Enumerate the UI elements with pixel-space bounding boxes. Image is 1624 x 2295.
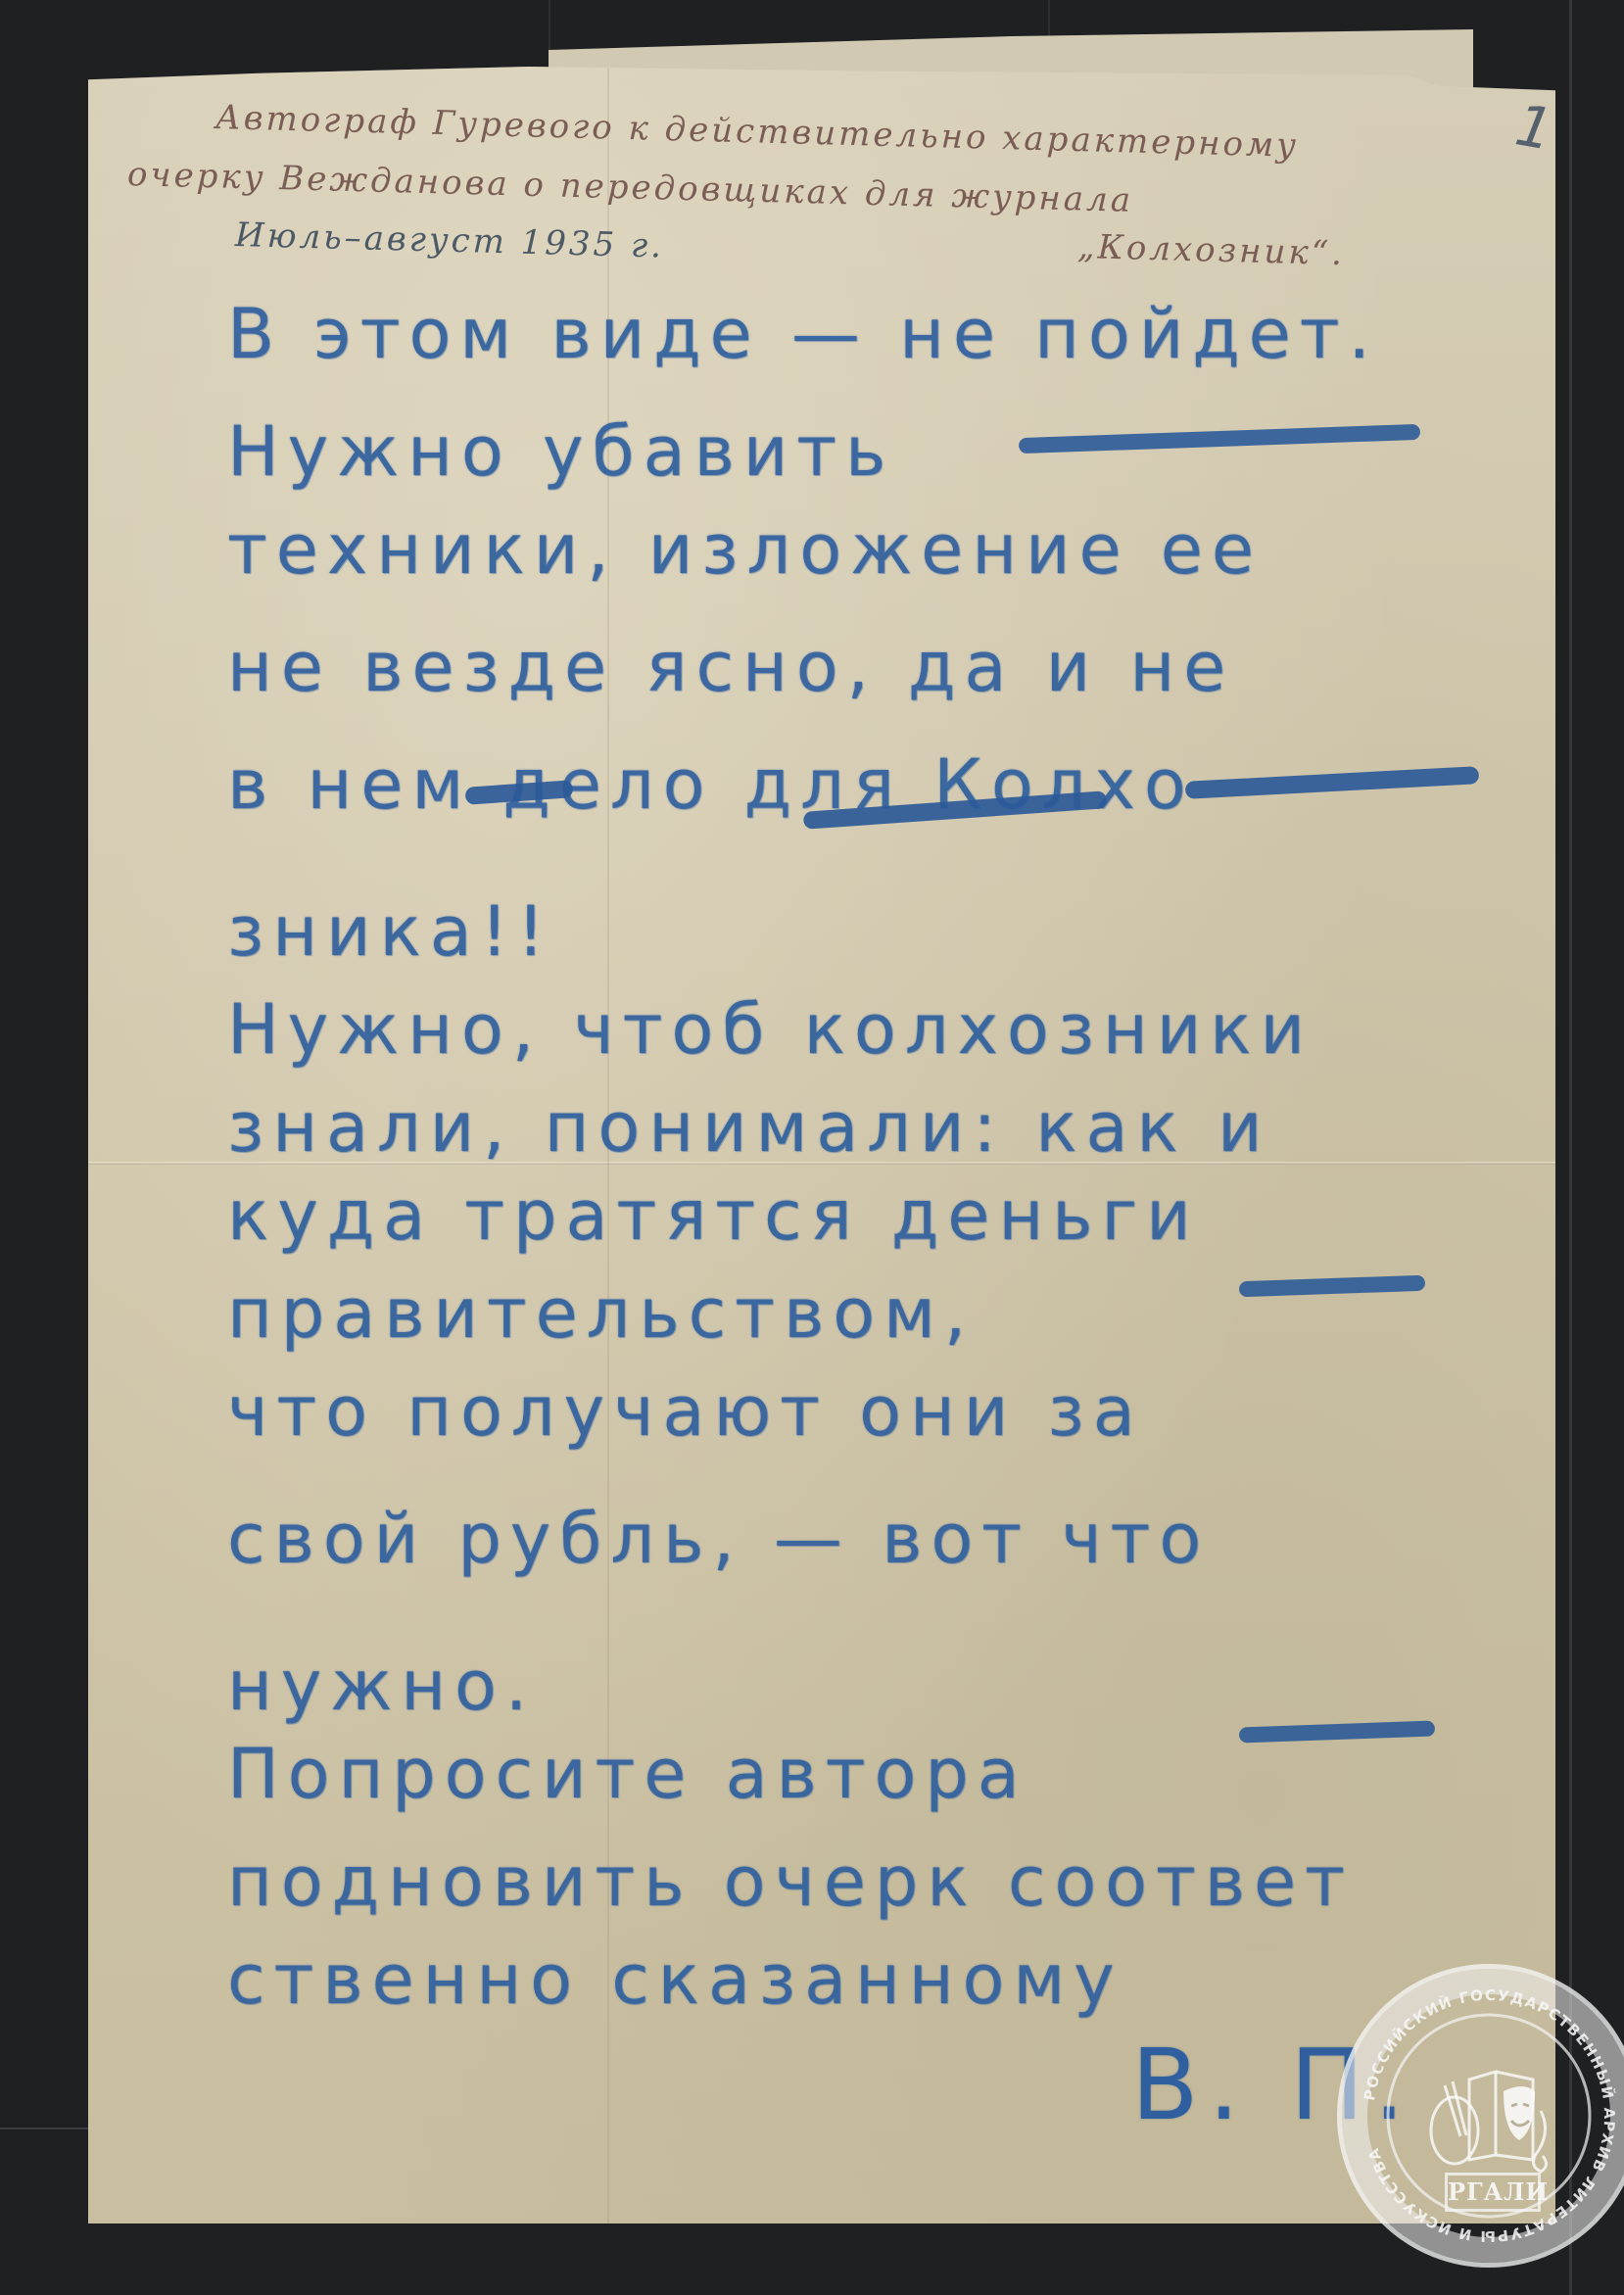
- header-annotation-title: „Колхозник“.: [1076, 227, 1345, 273]
- body-line: знали, понимали: как и: [227, 1087, 1270, 1168]
- body-line: техники, изложение ее: [227, 509, 1263, 590]
- body-line: зника!!: [227, 891, 553, 972]
- body-line: ственно сказанному: [227, 1939, 1123, 2020]
- body-line: правительством,: [227, 1273, 975, 1354]
- stamp-emblem: [1425, 2062, 1552, 2179]
- theatre-mask-icon: [1504, 2086, 1535, 2140]
- body-line: куда тратятся деньги: [227, 1175, 1200, 1256]
- body-line: что получают они за: [227, 1371, 1144, 1452]
- treble-clef-icon: [1533, 2111, 1546, 2172]
- body-line: подновить очерк соответ: [227, 1841, 1354, 1922]
- body-line: свой рубль, — вот что: [227, 1499, 1210, 1579]
- body-line: в нем дело для Колхо: [227, 744, 1195, 825]
- archive-stamp: РОССИЙСКИЙ ГОСУДАРСТВЕННЫЙ АРХИВ ЛИТЕРАТ…: [1337, 1964, 1624, 2268]
- body-line: не везде ясно, да и не: [227, 627, 1234, 707]
- board-seam: [1569, 0, 1572, 2295]
- board-seam: [0, 2128, 88, 2129]
- stamp-abbreviation: РГАЛИ: [1445, 2173, 1541, 2212]
- body-line: Нужно убавить: [227, 411, 894, 492]
- palette-icon: [1431, 2081, 1478, 2164]
- body-line: В этом виде — не пойдет.: [227, 294, 1379, 374]
- body-line: Нужно, чтоб колхозники: [227, 989, 1314, 1070]
- body-line: нужно.: [227, 1646, 536, 1726]
- body-line: Попросите автора: [227, 1734, 1028, 1814]
